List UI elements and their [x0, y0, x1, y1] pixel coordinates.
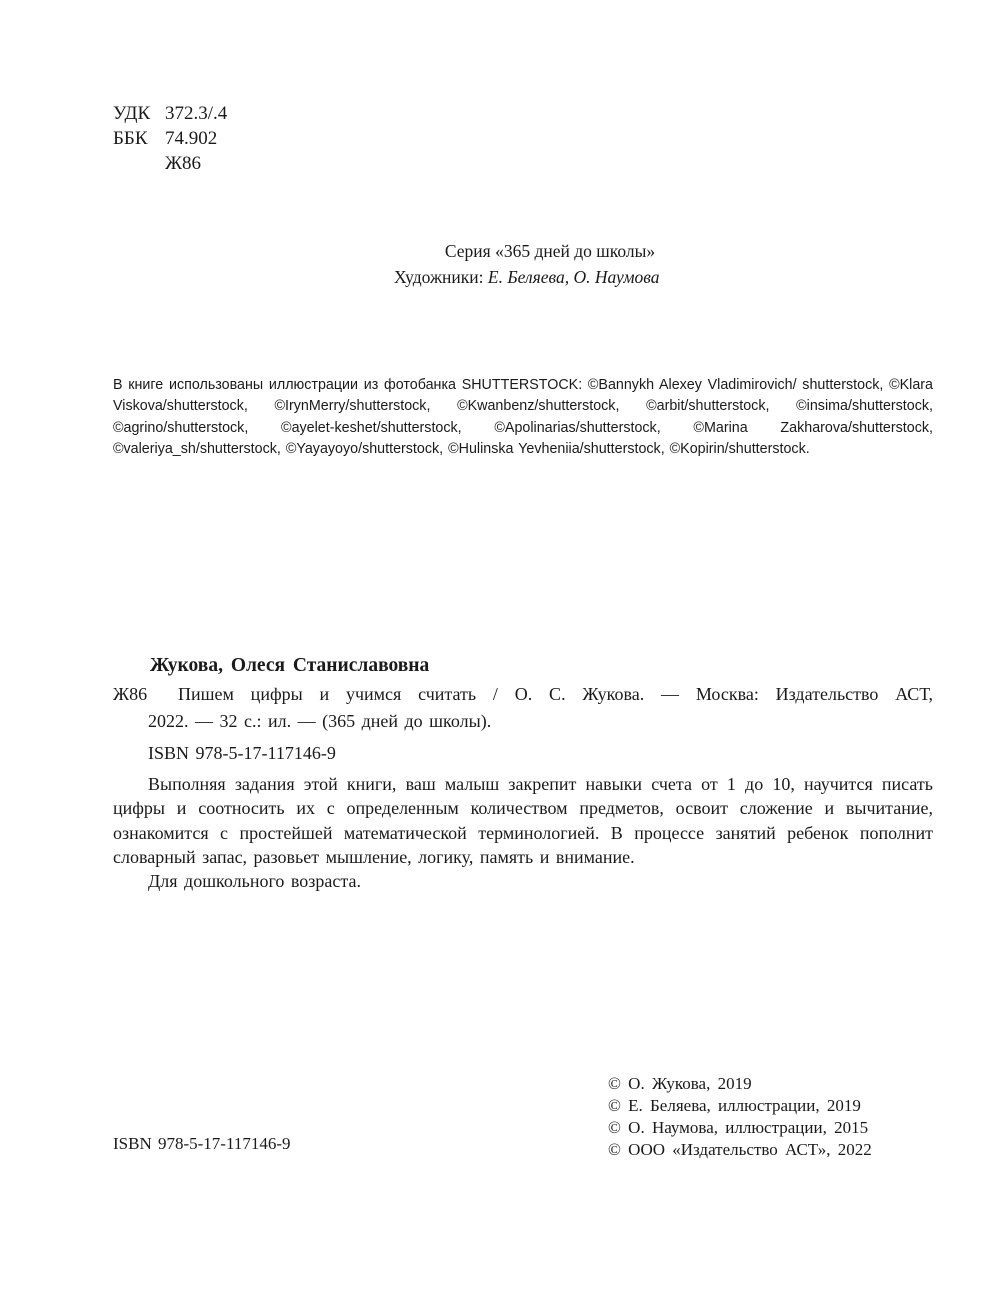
bib-author: Жукова, Олеся Станиславовна: [150, 652, 429, 679]
annotation: Выполняя задания этой книги, ваш малыш з…: [113, 772, 933, 893]
author-mark: Ж86: [113, 151, 227, 176]
bib-title: Пишем цифры и учимся считать / О. С. Жук…: [178, 681, 933, 708]
udk-label: УДК: [113, 101, 165, 126]
artists-label: Художники:: [394, 267, 484, 287]
copyright-line: © О. Наумова, иллюстрации, 2015: [608, 1117, 872, 1139]
bib-code: Ж86: [113, 681, 178, 708]
bib-title-row: Ж86 Пишем цифры и учимся считать / О. С.…: [113, 681, 933, 708]
copyright-line: © ООО «Издательство АСТ», 2022: [608, 1139, 872, 1161]
bbk-row: ББК74.902: [113, 126, 227, 151]
artists-line: Художники: Е. Беляева, О. Наумова: [380, 264, 720, 290]
series-line: Серия «365 дней до школы»: [380, 238, 720, 264]
bibliographic-record: Ж86 Пишем цифры и учимся считать / О. С.…: [113, 681, 933, 735]
copyright-line: © О. Жукова, 2019: [608, 1073, 872, 1095]
copyright-line: © Е. Беляева, иллюстрации, 2019: [608, 1095, 872, 1117]
illustration-credits: В книге использованы иллюстрации из фото…: [113, 375, 933, 460]
audience-note: Для дошкольного возраста.: [113, 869, 933, 893]
bbk-value: 74.902: [165, 126, 217, 151]
copyright-block: © О. Жукова, 2019 © Е. Беляева, иллюстра…: [608, 1073, 872, 1161]
classification-codes: УДК372.3/.4 ББК74.902 Ж86: [113, 101, 227, 176]
bbk-label: ББК: [113, 126, 165, 151]
udk-row: УДК372.3/.4: [113, 101, 227, 126]
series-info: Серия «365 дней до школы» Художники: Е. …: [380, 238, 720, 290]
footer-isbn: ISBN 978-5-17-117146-9: [113, 1133, 291, 1155]
udk-value: 372.3/.4: [165, 101, 227, 126]
bib-isbn: ISBN 978-5-17-117146-9: [148, 740, 336, 767]
annotation-paragraph: Выполняя задания этой книги, ваш малыш з…: [113, 772, 933, 869]
artists-names: Е. Беляева, О. Наумова: [488, 267, 660, 287]
bib-imprint: 2022. — 32 с.: ил. — (365 дней до школы)…: [113, 708, 933, 735]
